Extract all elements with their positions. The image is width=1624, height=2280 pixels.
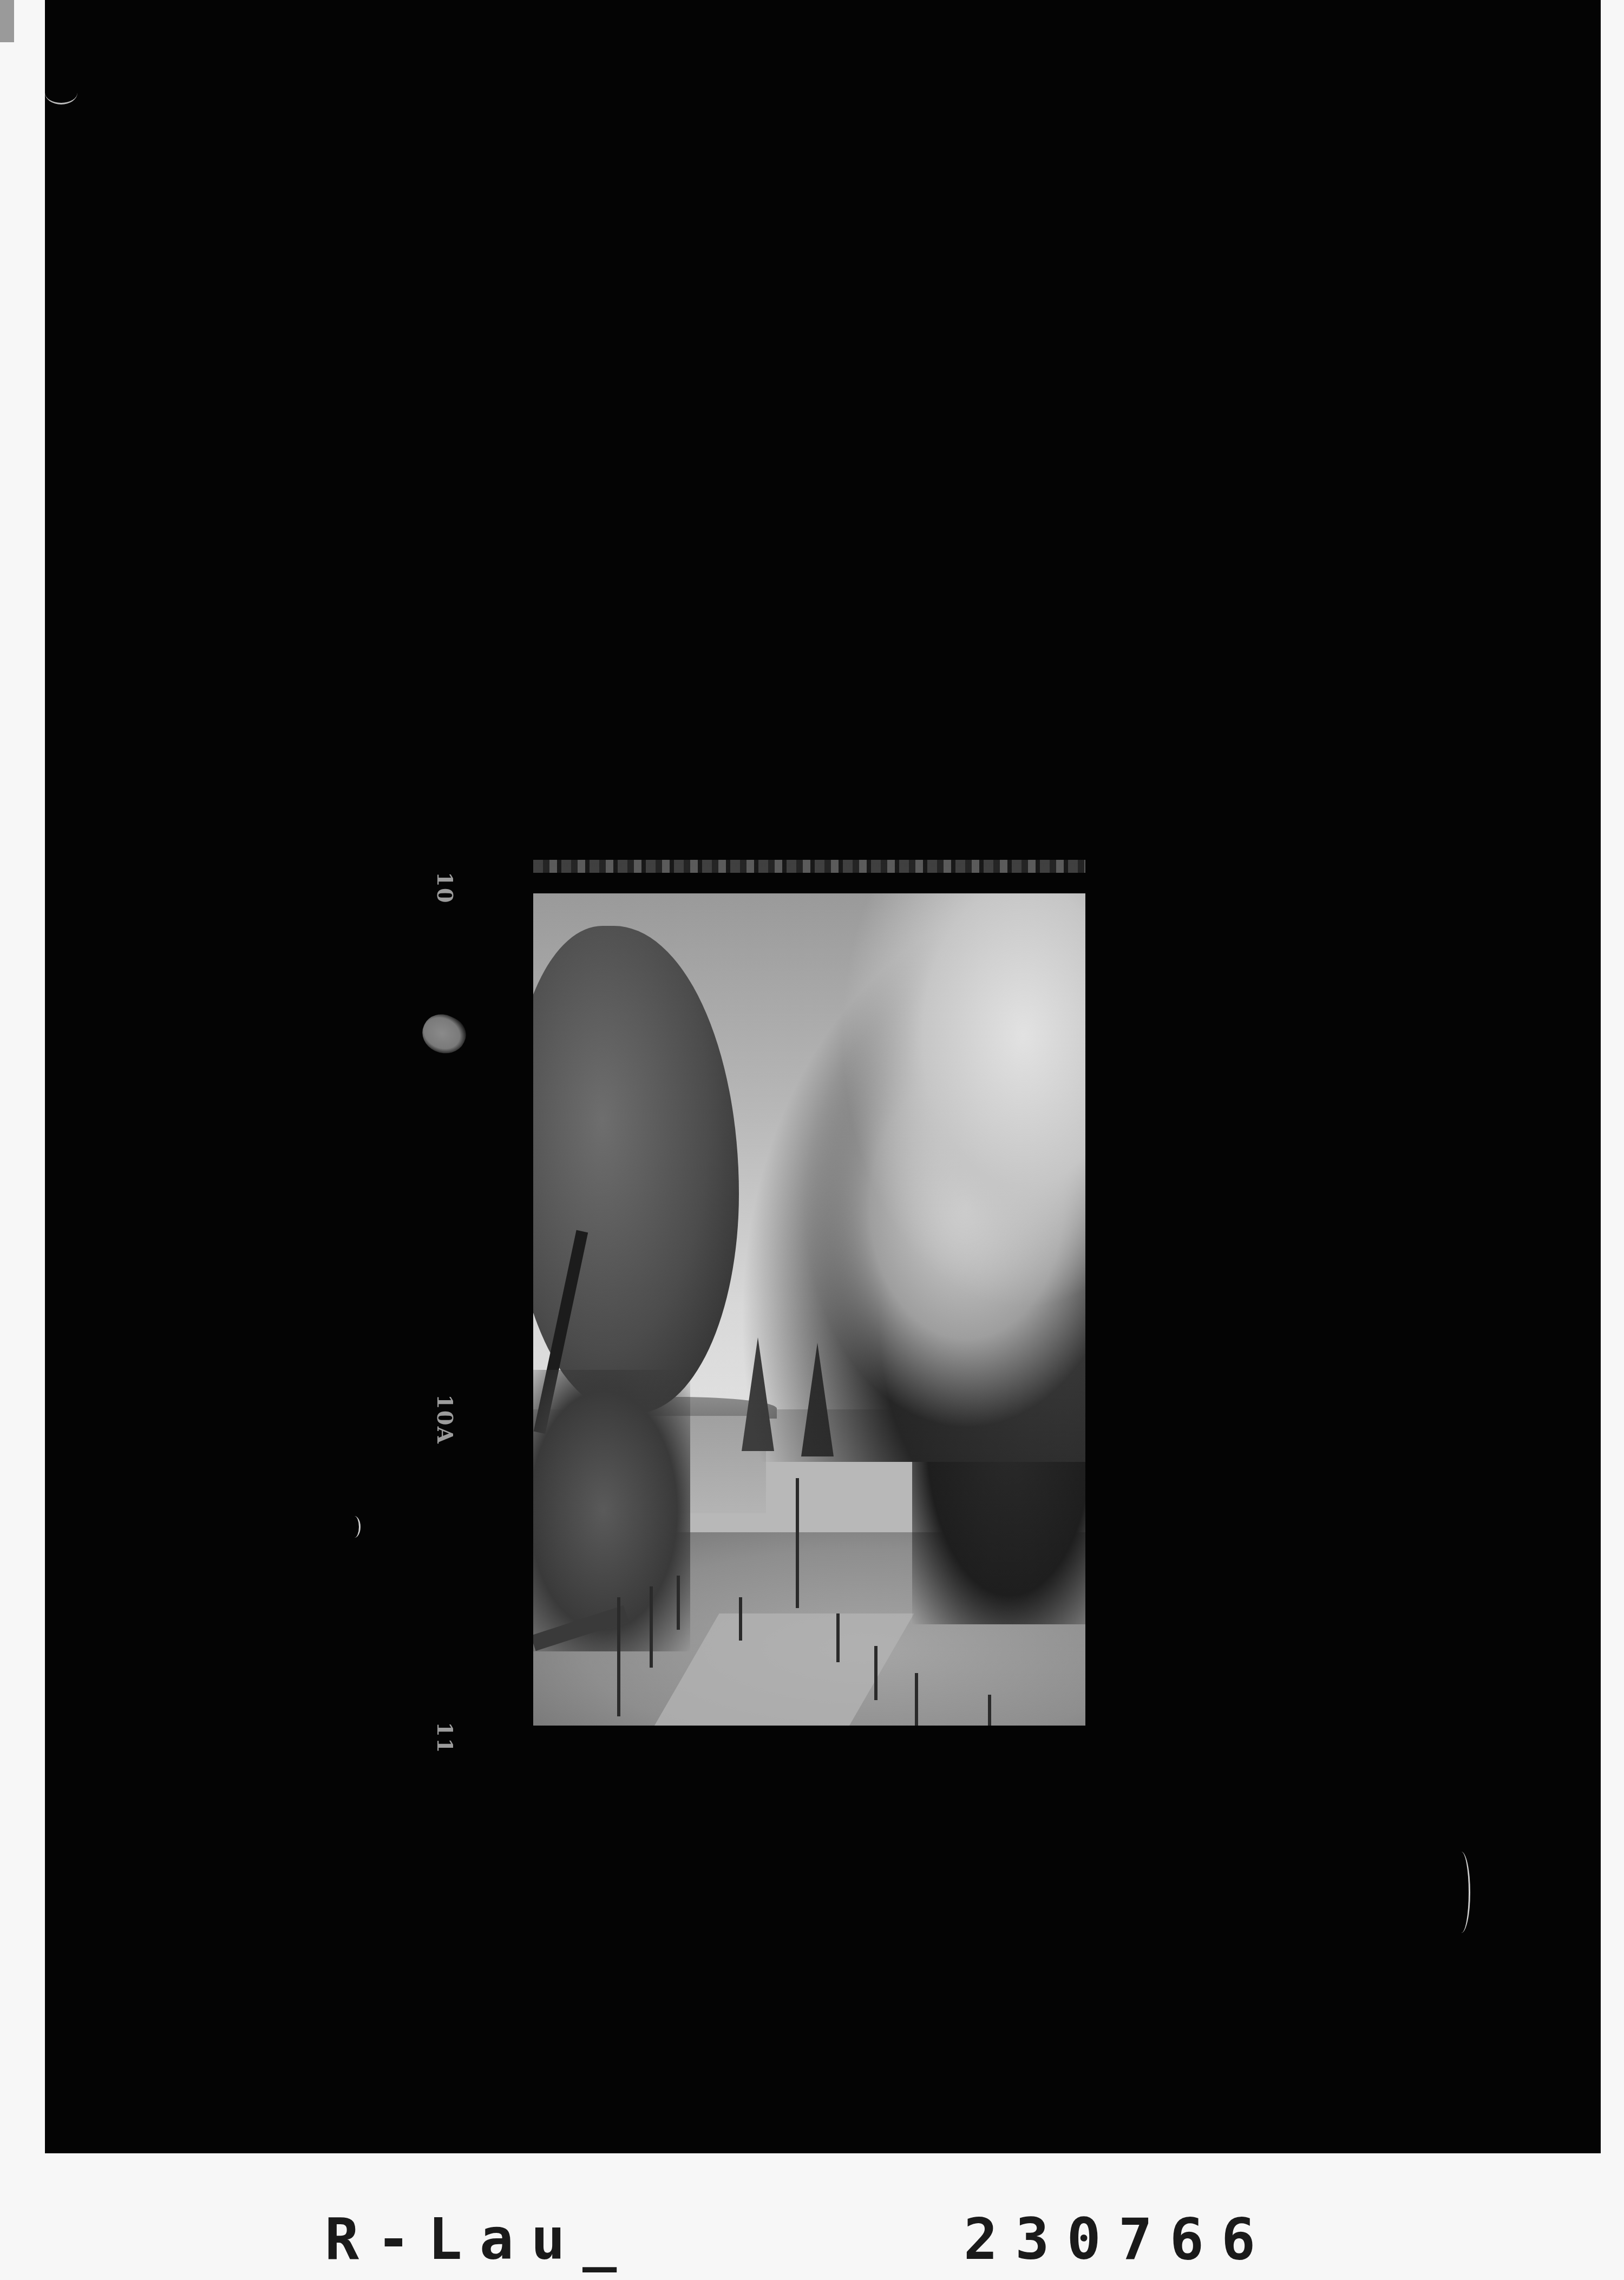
fence-post bbox=[915, 1673, 918, 1726]
fence-post bbox=[796, 1478, 799, 1608]
photo-frame bbox=[533, 893, 1085, 1726]
dust-scratch bbox=[348, 1516, 361, 1538]
fence-post bbox=[650, 1586, 653, 1668]
dust-scratch bbox=[1452, 1852, 1470, 1933]
fence-post bbox=[677, 1576, 680, 1630]
dust-scratch bbox=[45, 81, 77, 104]
fence-post bbox=[874, 1646, 878, 1700]
fence-post bbox=[836, 1613, 840, 1662]
fence-post bbox=[617, 1597, 620, 1716]
film-edge-number-middle: 10A bbox=[432, 1394, 457, 1445]
adjacent-frame-strip bbox=[533, 860, 1085, 873]
blossoming-apple-tree-right bbox=[739, 893, 1085, 1462]
corner-marker bbox=[0, 0, 14, 42]
film-edge-number-top: 10 bbox=[432, 872, 457, 904]
archive-number-label: 230766 bbox=[964, 2206, 1273, 2272]
fence-post bbox=[988, 1695, 991, 1726]
archive-code-label: R-Lau_ bbox=[325, 2206, 634, 2272]
fence-post bbox=[739, 1597, 742, 1641]
film-edge-number-bottom: 11 bbox=[432, 1722, 457, 1754]
